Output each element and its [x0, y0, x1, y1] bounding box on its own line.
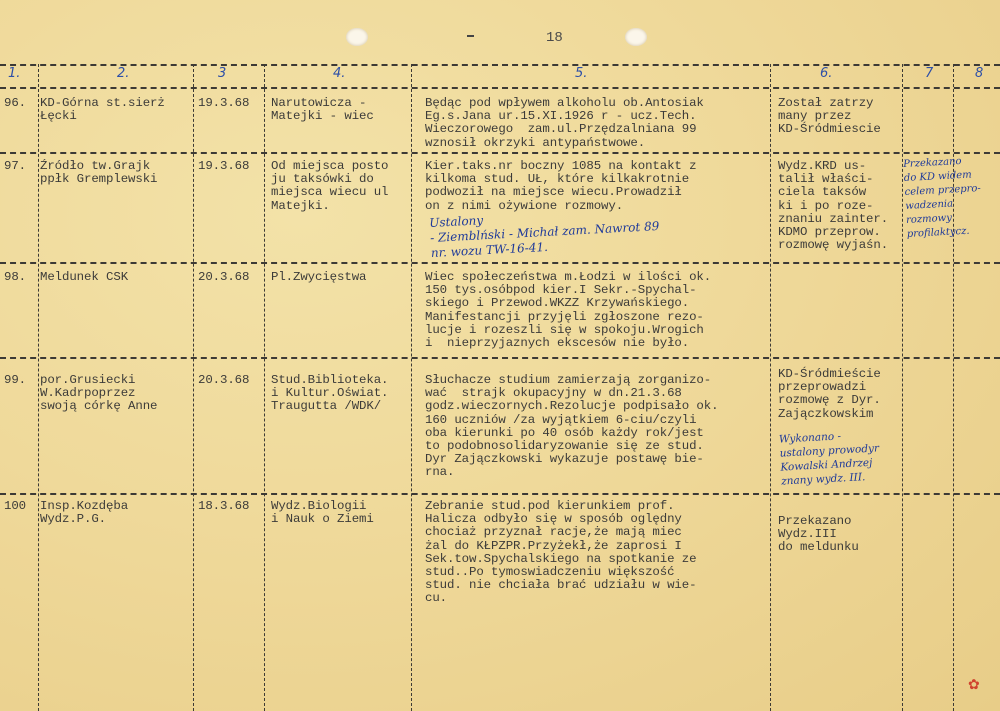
row-100-number: 100 — [4, 500, 26, 513]
col-divider-2 — [193, 64, 194, 711]
row-97-note-handwritten: Przekazano do KD widem celem przepro- wa… — [903, 154, 984, 242]
row-99-place: Stud.Biblioteka. i Kultur.Oświat. Traugu… — [271, 374, 388, 414]
rule-header — [0, 87, 1000, 89]
row-98-content: Wiec społeczeństwa m.Łodzi w ilości ok. … — [425, 271, 711, 350]
row-100-action: Przekazano Wydz.III do meldunku — [778, 515, 859, 555]
row-99-content: Słuchacze studium zamierzają zorganizo- … — [425, 374, 718, 480]
row-99-action-handwritten: Wykonano - ustalony prowodyr Kowalski An… — [779, 427, 881, 488]
row-97-action: Wydz.KRD us- talił właści- ciela taksów … — [778, 160, 888, 252]
row-99-date: 20.3.68 — [198, 374, 249, 387]
row-97-number: 97. — [4, 160, 26, 173]
row-96-place: Narutowicza - Matejki - wiec — [271, 97, 374, 123]
row-96-action: Został zatrzy many przez KD-Śródmiescie — [778, 97, 881, 137]
row-97-source: Źródło tw.Grajk ppłk Gremplewski — [40, 160, 157, 186]
column-number-6: 6. — [820, 66, 832, 81]
row-96-number: 96. — [4, 97, 26, 110]
row-98-place: Pl.Zwycięstwa — [271, 271, 366, 284]
column-number-7: 7 — [925, 66, 933, 81]
row-98-source: Meldunek CSK — [40, 271, 128, 284]
column-number-5: 5. — [575, 66, 587, 81]
column-number-2: 2. — [117, 66, 129, 81]
rule-row-99 — [0, 493, 1000, 495]
row-100-place: Wydz.Biologii i Nauk o Ziemi — [271, 500, 374, 526]
punch-hole-left — [346, 28, 368, 46]
row-99-action: KD-Śródmieście przeprowadzi rozmowę z Dy… — [778, 368, 881, 421]
row-100-source: Insp.Kozdęba Wydz.P.G. — [40, 500, 128, 526]
column-number-4: 4. — [333, 66, 345, 81]
column-number-8: 8 — [975, 66, 983, 81]
column-number-3: 3 — [218, 66, 226, 81]
row-99-number: 99. — [4, 374, 26, 387]
col-divider-5 — [770, 64, 771, 711]
row-96-source: KD-Górna st.sierż Łęcki — [40, 97, 165, 123]
col-divider-4 — [411, 64, 412, 711]
row-100-content: Zebranie stud.pod kierunkiem prof. Halic… — [425, 500, 696, 606]
row-97-place: Od miejsca posto ju taksówki do miejsca … — [271, 160, 388, 213]
row-97-date: 19.3.68 — [198, 160, 249, 173]
page-number-dash — [467, 35, 474, 37]
column-number-1: 1. — [8, 66, 20, 81]
row-98-date: 20.3.68 — [198, 271, 249, 284]
col-divider-3 — [264, 64, 265, 711]
page-number: 18 — [546, 30, 563, 46]
rule-row-96 — [0, 152, 1000, 154]
rule-row-97 — [0, 262, 1000, 264]
rule-top — [0, 64, 1000, 66]
rule-row-98 — [0, 357, 1000, 359]
col-divider-1 — [38, 64, 39, 711]
row-96-content: Będąc pod wpływem alkoholu ob.Antosiak E… — [425, 97, 704, 150]
row-99-source: por.Grusiecki W.Kadrpoprzez swoją córkę … — [40, 374, 157, 414]
row-98-number: 98. — [4, 271, 26, 284]
red-stamp-icon: ✿ — [968, 677, 980, 693]
row-96-date: 19.3.68 — [198, 97, 249, 110]
row-100-date: 18.3.68 — [198, 500, 249, 513]
punch-hole-right — [625, 28, 647, 46]
